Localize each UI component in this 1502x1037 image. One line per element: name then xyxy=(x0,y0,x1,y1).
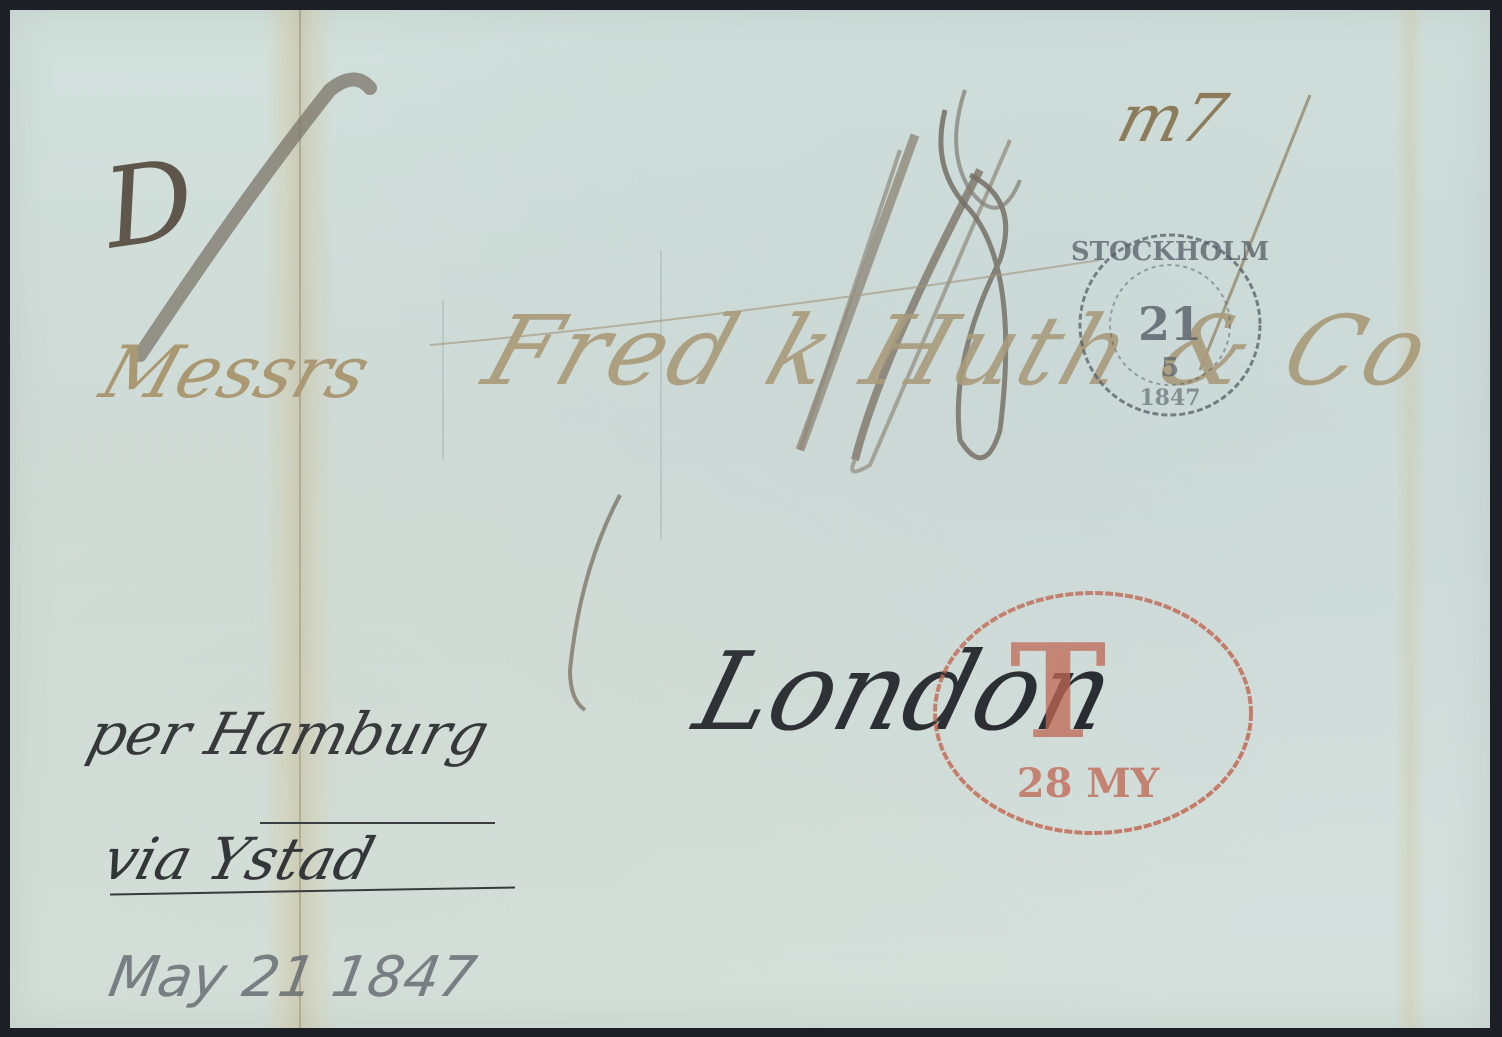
postmark-year: 1847 xyxy=(1070,385,1270,411)
london-tax-postmark: T 28 MY xyxy=(928,585,1258,840)
stockholm-postmark: STOCKHOLM 21 5 1847 xyxy=(1070,225,1270,425)
manuscript-numeral-d: D xyxy=(97,134,202,273)
routing-instruction-1: per Hamburg xyxy=(81,700,496,768)
manuscript-rate-mark: m7 xyxy=(1110,80,1235,157)
postmark-day: 21 xyxy=(1070,297,1270,351)
pencil-date-note: May 21 1847 xyxy=(104,945,481,1010)
routing-instruction-2: via Ystad xyxy=(96,825,382,893)
addressee-prefix: Messrs xyxy=(91,330,380,414)
postmark-month: 5 xyxy=(1070,353,1270,383)
postal-cover: D m7 Messrs Fred k Huth & Co London per … xyxy=(10,10,1490,1028)
postmark-date: 28 MY xyxy=(978,760,1198,807)
postmark-town: STOCKHOLM xyxy=(1070,237,1270,267)
addressee-name: Fred k Huth & Co xyxy=(472,295,1446,407)
routing-underline-1 xyxy=(260,822,495,824)
postmark-tax-letter: T xyxy=(988,615,1128,768)
